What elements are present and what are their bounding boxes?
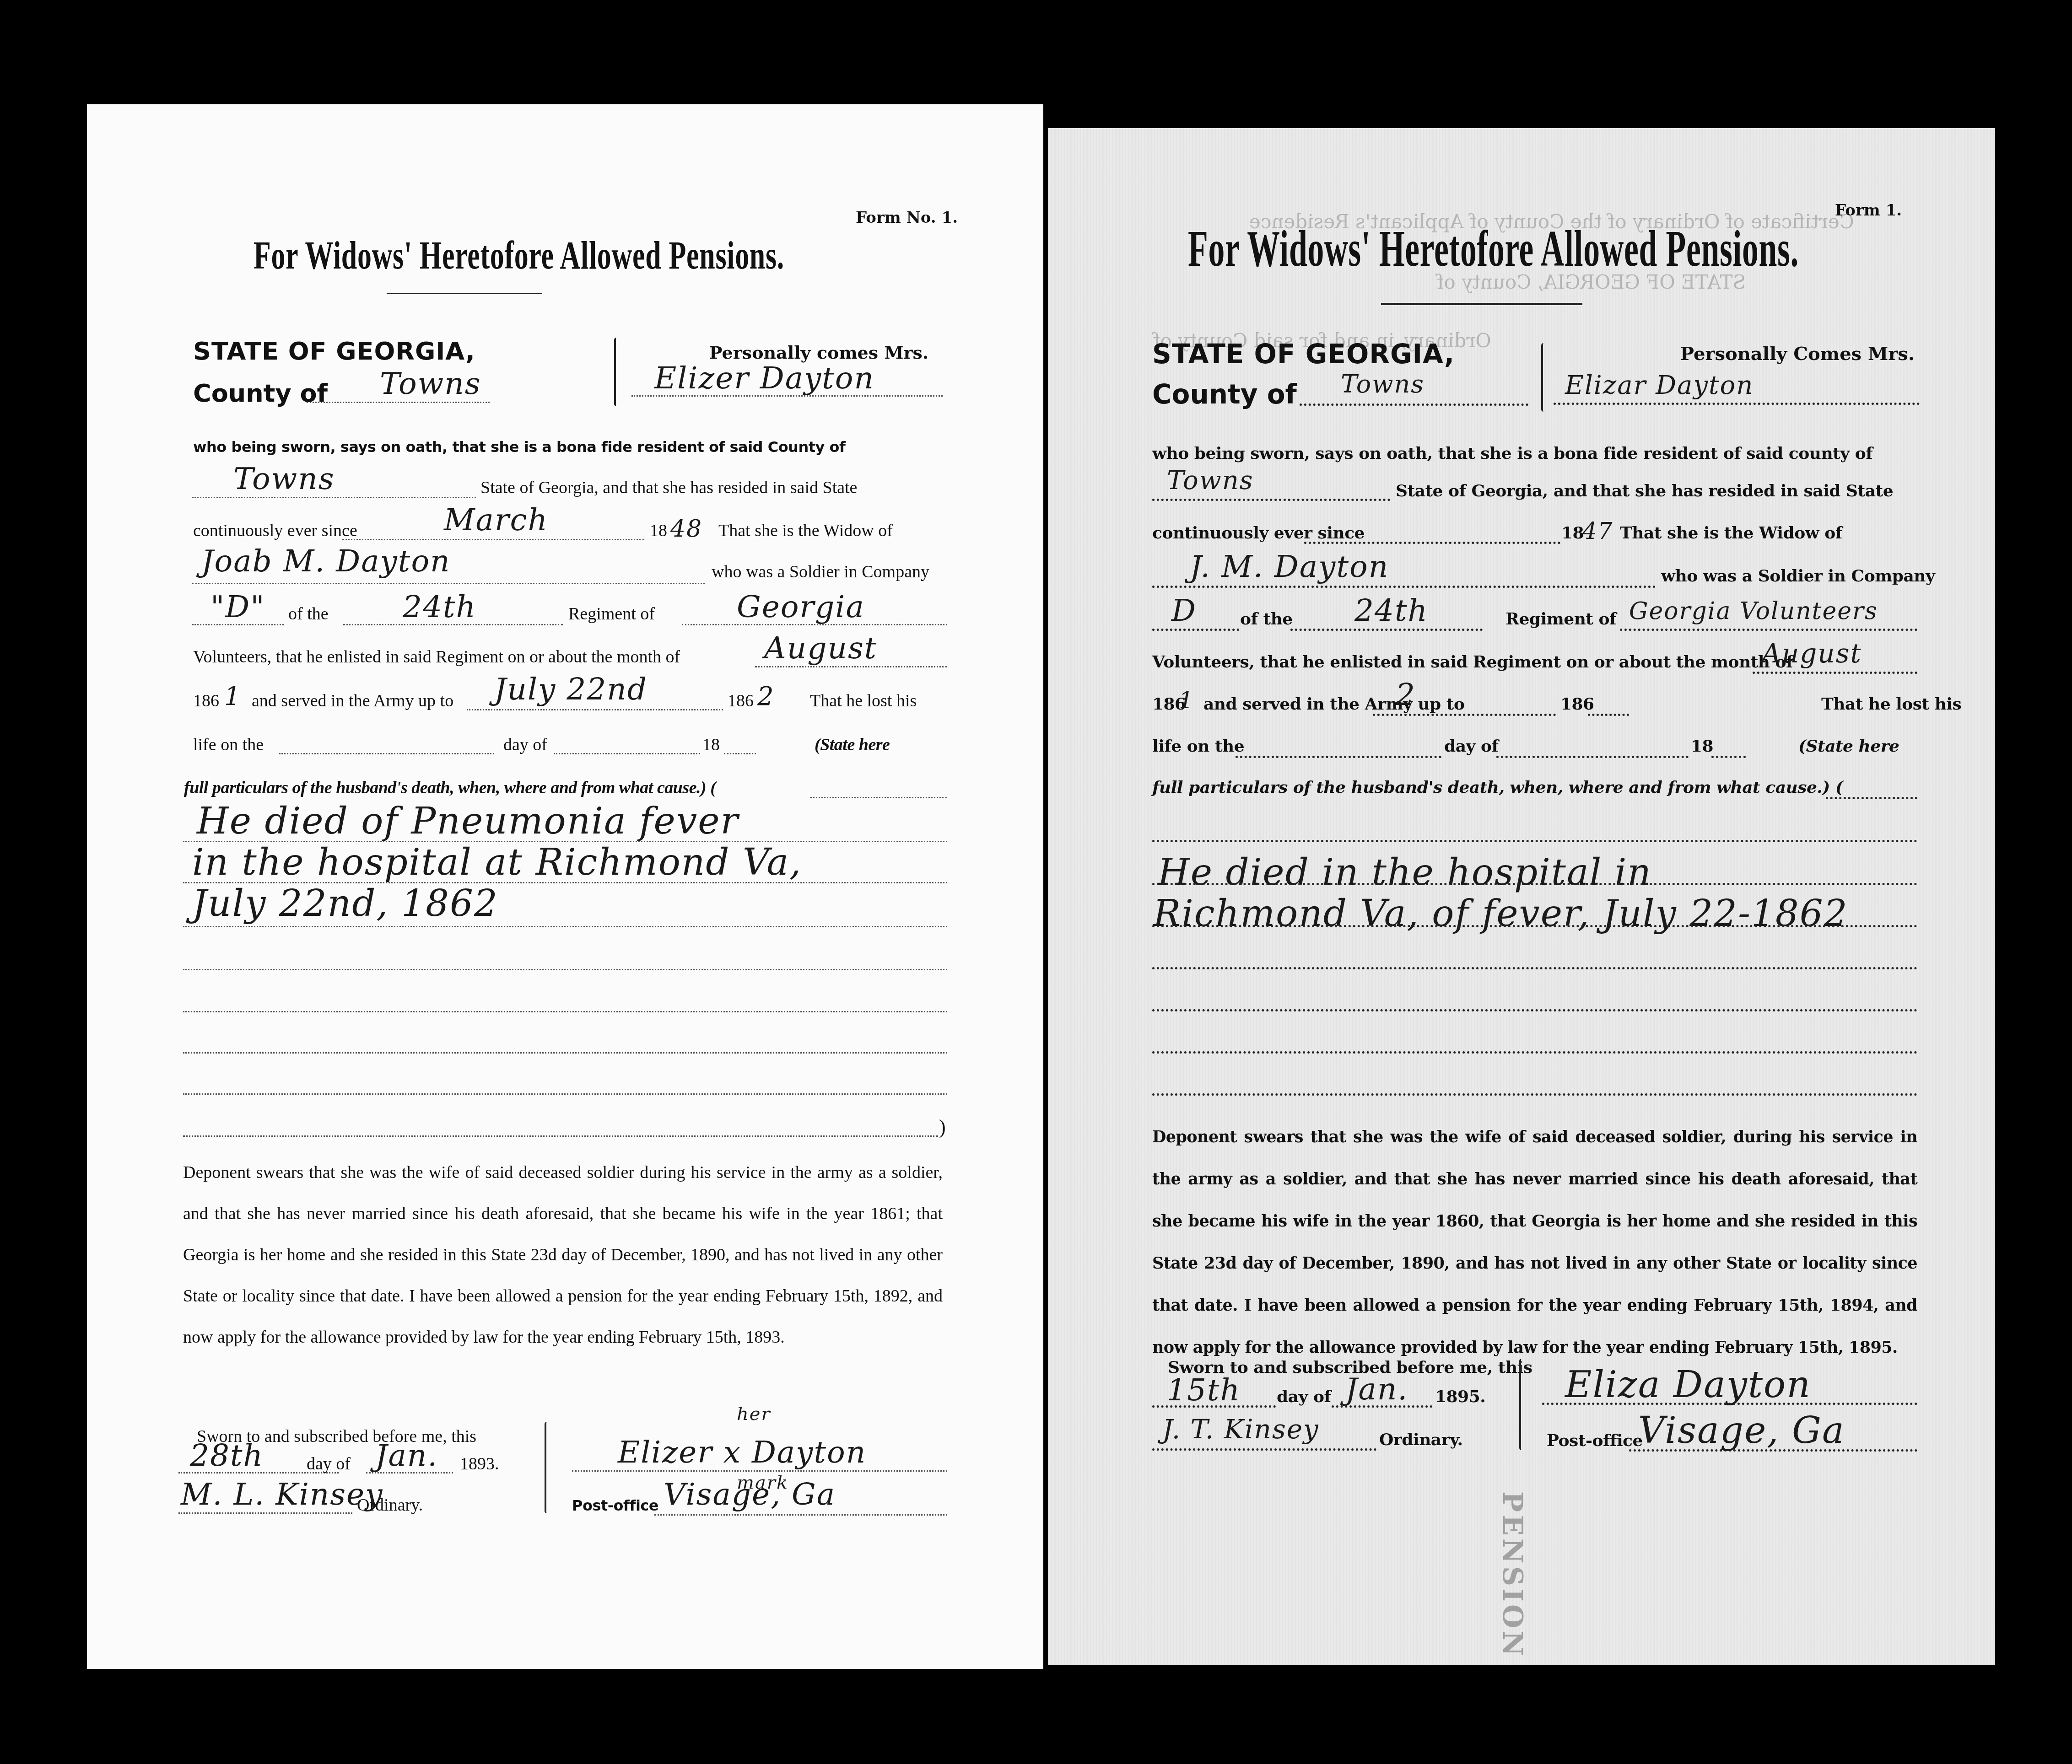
- resided-since-year: 48: [670, 515, 702, 543]
- post-office-line: [654, 1514, 947, 1516]
- day-of-text: day of: [503, 735, 547, 755]
- sworn-year: 1893.: [460, 1454, 499, 1474]
- particulars-line-3: [183, 926, 947, 927]
- signature-brace: [545, 1422, 549, 1513]
- particulars-line-0: [810, 797, 947, 798]
- state-georgia-text: State of Georgia, and that she has resid…: [1396, 481, 1893, 500]
- resident-county-line: [1152, 499, 1390, 501]
- county-label: County of: [1152, 379, 1297, 410]
- eighteen-prefix: 18: [702, 735, 720, 755]
- county-value: Towns: [1341, 370, 1424, 398]
- state-georgia-text: State of Georgia, and that she has resid…: [480, 478, 857, 498]
- sworn-day-of-text: day of: [307, 1454, 351, 1474]
- served-until-line: [467, 709, 723, 710]
- of-the-text: of the: [1240, 609, 1293, 629]
- form-title: For Widows' Heretofore Allowed Pensions.: [254, 232, 784, 278]
- company-value: "D": [210, 589, 265, 624]
- served-year: 2: [757, 682, 775, 711]
- form-number: Form No. 1.: [856, 209, 958, 227]
- enlist-month: August: [1762, 638, 1862, 669]
- resident-county-line: [192, 497, 476, 498]
- particulars-line-7: [183, 1093, 947, 1095]
- personally-comes-label: Personally Comes Mrs.: [1680, 343, 1915, 365]
- post-office-value: Visage, Ga: [1638, 1409, 1845, 1452]
- death-particulars-line-2: Richmond Va, of fever, July 22-1862: [1153, 892, 1848, 935]
- county-field-line: [1300, 403, 1528, 406]
- ordinary-line: [1152, 1448, 1376, 1451]
- death-month-line: [1496, 756, 1689, 758]
- regiment-number: 24th: [403, 589, 476, 624]
- ordinary-line: [178, 1512, 352, 1514]
- enlist-month: August: [764, 630, 877, 666]
- served-until-line: [1373, 714, 1556, 716]
- particulars-line-3: [1152, 925, 1917, 927]
- served-text: and served in the Army up to: [252, 691, 453, 711]
- form-number: Form 1.: [1835, 201, 1902, 220]
- death-particulars-line-2: in the hospital at Richmond Va,: [192, 841, 802, 883]
- brace: [614, 338, 619, 406]
- resided-since-line: [1304, 542, 1560, 544]
- enlist-year: 1: [224, 682, 242, 711]
- applicant-signature: Eliza Dayton: [1565, 1363, 1811, 1406]
- regiment-state-line: [1620, 629, 1917, 631]
- served-text: and served in the Army up to: [1203, 694, 1464, 714]
- regiment-state: Georgia Volunteers: [1629, 597, 1878, 625]
- death-month-line: [554, 753, 700, 754]
- resident-county-value: Towns: [233, 461, 335, 496]
- regiment-number: 24th: [1354, 593, 1428, 628]
- regiment-state: Georgia: [737, 589, 865, 624]
- sworn-year: 1895.: [1435, 1387, 1485, 1406]
- form-title: For Widows' Heretofore Allowed Pensions.: [1188, 220, 1799, 279]
- particulars-line-7: [1152, 1093, 1917, 1096]
- soldier-name: J. M. Dayton: [1190, 549, 1389, 584]
- regiment-of-text: Regiment of: [1505, 609, 1616, 629]
- right-pension-form: Certificate of Ordinary of the County of…: [1048, 128, 1995, 1665]
- signature-her: her: [737, 1404, 771, 1425]
- volunteers-text: Volunteers, that he enlisted in said Reg…: [193, 647, 680, 667]
- served-until: July 22nd: [494, 672, 647, 707]
- soldier-name: Joab M. Dayton: [201, 543, 451, 579]
- enlist-year: 1: [1179, 687, 1194, 714]
- of-the-text: of the: [288, 604, 329, 624]
- applicant-name: Elizar Dayton: [1565, 371, 1754, 400]
- resided-since-month: March: [444, 502, 548, 538]
- particulars-line-0: [1826, 797, 1917, 799]
- day-of-text: day of: [1444, 737, 1498, 756]
- soldier-company-text: who was a Soldier in Company: [1661, 566, 1935, 586]
- lost-life-text: That he lost his: [1821, 694, 1961, 714]
- applicant-name: Elizer Dayton: [654, 360, 874, 396]
- post-office-label: Post-office: [572, 1497, 658, 1514]
- signature-brace: [1519, 1359, 1524, 1450]
- state-label: STATE OF GEORGIA,: [1152, 339, 1455, 370]
- particulars-line-5: [1152, 1009, 1917, 1011]
- soldier-company-text: who was a Soldier in Company: [712, 562, 929, 582]
- death-particulars-line-1: He died of Pneumonia fever: [197, 800, 739, 842]
- widow-of-text: That she is the Widow of: [1620, 523, 1842, 543]
- widow-of-text: That she is the Widow of: [718, 521, 893, 541]
- title-rule: [387, 293, 542, 294]
- sworn-day: 28th: [190, 1438, 264, 1473]
- deponent-paragraph: Deponent swears that she was the wife of…: [183, 1152, 943, 1358]
- sworn-month: Jan.: [375, 1438, 438, 1473]
- particulars-line-5: [183, 1011, 947, 1012]
- particulars-line-4: [1152, 967, 1917, 969]
- county-label: County of: [193, 379, 328, 408]
- company-line: [1152, 629, 1239, 631]
- particulars-line-6: [1152, 1051, 1917, 1054]
- resided-since-year: 47: [1582, 518, 1613, 544]
- pension-stamp: PENSION: [1496, 1491, 1528, 1659]
- resided-since-line: [342, 539, 644, 540]
- post-office-value: Visage, Ga: [664, 1477, 836, 1512]
- post-office-label: Post-office: [1547, 1431, 1643, 1450]
- particulars-line-1: [1152, 840, 1917, 842]
- death-year-line: [724, 753, 756, 754]
- enlist-year-prefix: 186: [193, 691, 219, 711]
- death-day-line: [1236, 756, 1441, 758]
- company-value: D: [1171, 593, 1197, 628]
- regiment-of-text: Regiment of: [568, 604, 655, 624]
- personally-comes-label: Personally comes Mrs.: [709, 342, 928, 363]
- resident-county-value: Towns: [1167, 466, 1253, 495]
- death-particulars-line-3: July 22nd, 1862: [192, 882, 498, 925]
- enlist-month-line: [1753, 672, 1917, 674]
- deponent-paragraph: Deponent swears that she was the wife of…: [1152, 1116, 1917, 1369]
- lost-life-text: That he lost his: [810, 691, 917, 711]
- particulars-line-6: [183, 1052, 947, 1054]
- ordinary-signature: M. L. Kinsey: [181, 1477, 383, 1512]
- particulars-line-8: [183, 1135, 938, 1137]
- served-until: 2: [1396, 677, 1416, 712]
- sworn-day-of-text: day of: [1277, 1387, 1331, 1406]
- soldier-name-line: [192, 583, 705, 584]
- enlist-month-line: [755, 666, 947, 667]
- state-label: STATE OF GEORGIA,: [193, 337, 475, 366]
- ordinary-label: Ordinary.: [357, 1495, 423, 1515]
- full-particulars-text: full particulars of the husband's death,…: [1152, 778, 1843, 797]
- applicant-name-line: [1554, 403, 1920, 405]
- left-pension-form: Form No. 1. For Widows' Heretofore Allow…: [87, 104, 1043, 1669]
- continuously-text: continuously ever since: [193, 521, 357, 541]
- county-value: Towns: [380, 366, 481, 401]
- full-particulars-text: full particulars of the husband's death,…: [184, 778, 716, 798]
- state-here-text: (State here: [815, 735, 890, 755]
- particulars-line-2: [1152, 883, 1917, 885]
- eighteen-prefix: 18: [1691, 737, 1713, 756]
- resident-text: who being sworn, says on oath, that she …: [1152, 444, 1872, 463]
- signature-line: [572, 1470, 947, 1472]
- ordinary-label: Ordinary.: [1379, 1430, 1462, 1449]
- particulars-line-4: [183, 969, 947, 970]
- sworn-month: Jan.: [1345, 1371, 1408, 1407]
- title-rule: [1381, 303, 1582, 305]
- life-on-text: life on the: [193, 735, 264, 755]
- volunteers-text: Volunteers, that he enlisted in said Reg…: [1152, 652, 1793, 672]
- served-year-prefix: 186: [1560, 694, 1594, 714]
- ordinary-signature: J. T. Kinsey: [1162, 1414, 1319, 1445]
- county-field-line: [307, 402, 490, 403]
- applicant-signature: Elizer x Dayton: [618, 1435, 866, 1470]
- state-here-text: (State here: [1798, 737, 1899, 756]
- soldier-name-line: [1152, 586, 1656, 588]
- continuously-text: continuously ever since: [1152, 523, 1365, 543]
- resident-text: who being sworn, says on oath, that she …: [193, 438, 845, 456]
- served-year-line: [1588, 714, 1629, 716]
- served-year-prefix: 186: [728, 691, 754, 711]
- regiment-number-line: [1290, 629, 1483, 631]
- closing-paren: ): [939, 1115, 946, 1139]
- death-year-line: [1711, 756, 1746, 758]
- year-prefix: 18: [1561, 523, 1584, 543]
- death-particulars-line-1: He died in the hospital in: [1158, 851, 1652, 893]
- life-on-text: life on the: [1152, 737, 1244, 756]
- death-day-line: [279, 753, 494, 754]
- brace: [1541, 343, 1546, 412]
- sworn-day: 15th: [1167, 1372, 1241, 1408]
- year-prefix: 18: [650, 521, 667, 541]
